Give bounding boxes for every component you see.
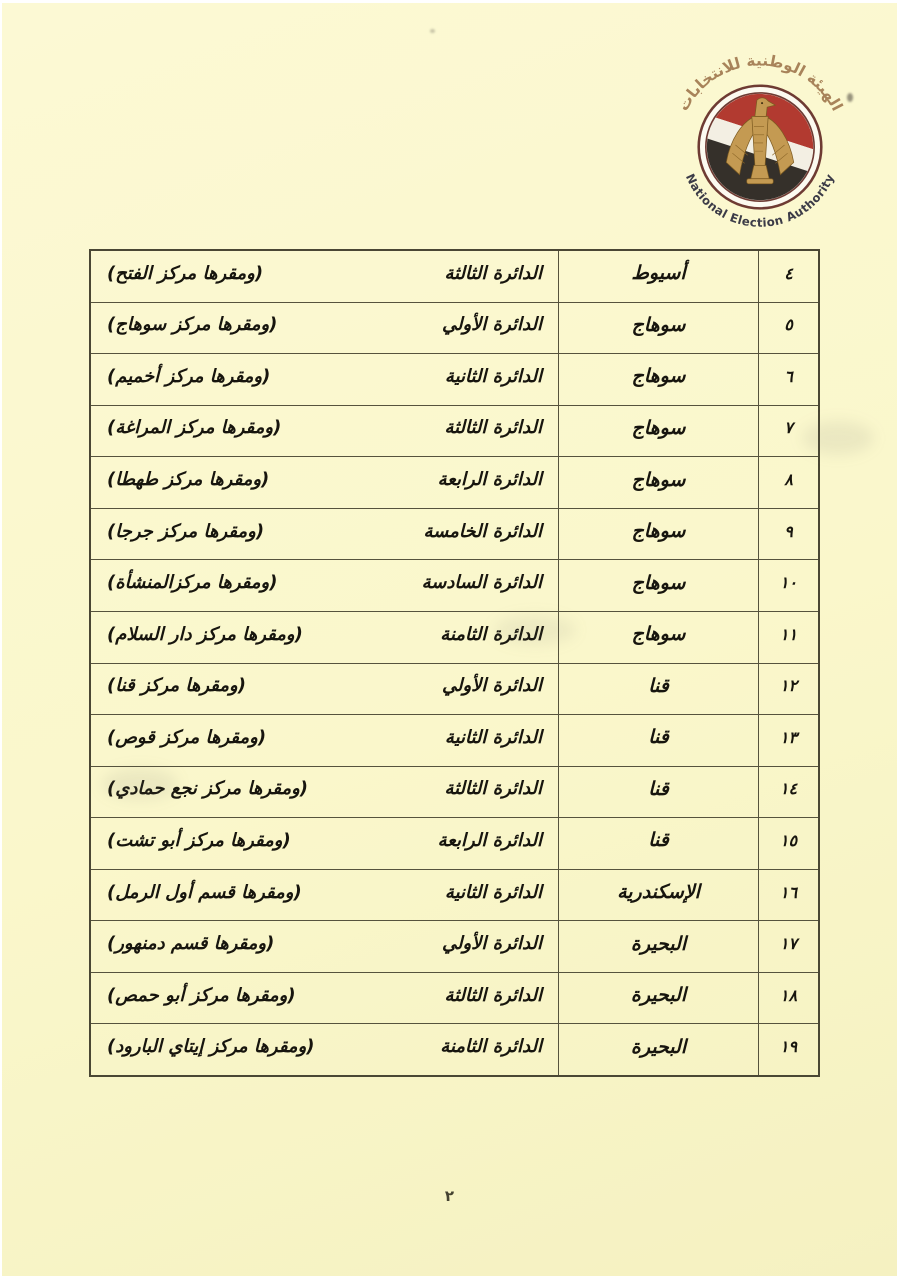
row-number: ١٨ xyxy=(780,986,797,1005)
governorate-cell: سوهاج xyxy=(558,560,758,611)
district-hq: (ومقرها مركز قوص) xyxy=(107,727,266,748)
row-number-cell: ٧ xyxy=(758,406,818,457)
district-cell: الدائرة الأولي (ومقرها قسم دمنهور) xyxy=(91,921,558,972)
governorate-name: قنا xyxy=(648,778,669,800)
row-number-cell: ١٤ xyxy=(758,767,818,818)
district-hq: (ومقرها قسم أول الرمل) xyxy=(107,882,302,903)
district-cell: الدائرة الثانية (ومقرها مركز قوص) xyxy=(91,715,558,766)
governorate-name: سوهاج xyxy=(632,417,686,439)
row-number: ٨ xyxy=(784,470,793,489)
district-cell: الدائرة الثالثة (ومقرها مركز نجع حمادي) xyxy=(91,767,558,818)
district-cell: الدائرة الثانية (ومقرها قسم أول الرمل) xyxy=(91,870,558,921)
district-circle-name: الدائرة الأولي xyxy=(442,933,542,954)
district-hq: (ومقرها مركز المراغة) xyxy=(107,417,281,438)
table-row: ١٨ البحيرة الدائرة الثالثة (ومقرها مركز … xyxy=(91,973,818,1025)
row-number: ١٧ xyxy=(780,934,797,953)
table-row: ١٧ البحيرة الدائرة الأولي (ومقرها قسم دم… xyxy=(91,921,818,973)
district-circle-name: الدائرة الثالثة xyxy=(444,263,542,284)
district-circle-name: الدائرة الثالثة xyxy=(444,778,542,799)
table-row: ١٤ قنا الدائرة الثالثة (ومقرها مركز نجع … xyxy=(91,767,818,819)
governorate-name: قنا xyxy=(648,726,669,748)
governorate-name: البحيرة xyxy=(631,1036,686,1058)
governorate-cell: البحيرة xyxy=(558,921,758,972)
district-hq: (ومقرها مركز سوهاج) xyxy=(107,314,277,335)
table-row: ٩ سوهاج الدائرة الخامسة (ومقرها مركز جرج… xyxy=(91,509,818,561)
governorate-name: سوهاج xyxy=(632,520,686,542)
row-number-cell: ١٦ xyxy=(758,870,818,921)
governorate-cell: سوهاج xyxy=(558,509,758,560)
governorate-name: سوهاج xyxy=(632,365,686,387)
row-number-cell: ١٨ xyxy=(758,973,818,1024)
row-number: ١٩ xyxy=(780,1037,797,1056)
row-number: ١٦ xyxy=(780,883,797,902)
governorate-cell: سوهاج xyxy=(558,406,758,457)
district-hq: (ومقرها مركز أبو حمص) xyxy=(107,985,296,1006)
districts-table: ٤ أسيوط الدائرة الثالثة (ومقرها مركز الف… xyxy=(89,249,820,1077)
district-cell: الدائرة الأولي (ومقرها مركز سوهاج) xyxy=(91,303,558,354)
district-hq: (ومقرها مركز نجع حمادي) xyxy=(107,778,308,799)
governorate-cell: البحيرة xyxy=(558,1024,758,1075)
district-circle-name: الدائرة الأولي xyxy=(442,675,542,696)
table-row: ٤ أسيوط الدائرة الثالثة (ومقرها مركز الف… xyxy=(91,251,818,303)
district-circle-name: الدائرة الثامنة xyxy=(440,624,542,645)
district-cell: الدائرة السادسة (ومقرها مركزالمنشأة) xyxy=(91,560,558,611)
district-circle-name: الدائرة الخامسة xyxy=(423,521,542,542)
row-number-cell: ٦ xyxy=(758,354,818,405)
table-row: ١٩ البحيرة الدائرة الثامنة (ومقرها مركز … xyxy=(91,1024,818,1075)
row-number: ٤ xyxy=(784,264,793,283)
district-cell: الدائرة الأولي (ومقرها مركز قنا) xyxy=(91,664,558,715)
governorate-name: سوهاج xyxy=(632,314,686,336)
district-circle-name: الدائرة الرابعة xyxy=(438,830,542,851)
row-number: ١٤ xyxy=(780,779,797,798)
district-cell: الدائرة الثالثة (ومقرها مركز أبو حمص) xyxy=(91,973,558,1024)
row-number: ١٥ xyxy=(780,831,797,850)
table-row: ١٠ سوهاج الدائرة السادسة (ومقرها مركزالم… xyxy=(91,560,818,612)
district-hq: (ومقرها مركز دار السلام) xyxy=(107,624,303,645)
table-row: ٥ سوهاج الدائرة الأولي (ومقرها مركز سوها… xyxy=(91,303,818,355)
district-hq: (ومقرها مركز طهطا) xyxy=(107,469,269,490)
district-cell: الدائرة الثالثة (ومقرها مركز المراغة) xyxy=(91,406,558,457)
governorate-cell: قنا xyxy=(558,767,758,818)
district-hq: (ومقرها مركز الفتح) xyxy=(107,263,263,284)
governorate-cell: الإسكندرية xyxy=(558,870,758,921)
row-number-cell: ١٥ xyxy=(758,818,818,869)
district-circle-name: الدائرة الثالثة xyxy=(444,417,542,438)
governorate-cell: سوهاج xyxy=(558,612,758,663)
district-hq: (ومقرها قسم دمنهور) xyxy=(107,933,274,954)
row-number: ٦ xyxy=(784,367,793,386)
row-number: ٩ xyxy=(784,522,793,541)
district-cell: الدائرة الرابعة (ومقرها مركز طهطا) xyxy=(91,457,558,508)
district-circle-name: الدائرة الثانية xyxy=(445,366,542,387)
row-number-cell: ١٠ xyxy=(758,560,818,611)
row-number: ١٠ xyxy=(780,573,797,592)
governorate-name: البحيرة xyxy=(631,984,686,1006)
district-hq: (ومقرها مركز أبو تشت) xyxy=(107,830,291,851)
district-cell: الدائرة الثانية (ومقرها مركز أخميم) xyxy=(91,354,558,405)
district-cell: الدائرة الثامنة (ومقرها مركز إيتاي البار… xyxy=(91,1024,558,1075)
district-circle-name: الدائرة الثانية xyxy=(445,882,542,903)
district-cell: الدائرة الثامنة (ومقرها مركز دار السلام) xyxy=(91,612,558,663)
governorate-name: سوهاج xyxy=(632,572,686,594)
governorate-cell: قنا xyxy=(558,664,758,715)
row-number-cell: ٥ xyxy=(758,303,818,354)
governorate-cell: سوهاج xyxy=(558,354,758,405)
district-hq: (ومقرها مركز جرجا) xyxy=(107,521,264,542)
row-number-cell: ١١ xyxy=(758,612,818,663)
district-circle-name: الدائرة الثامنة xyxy=(440,1036,542,1057)
table-row: ١١ سوهاج الدائرة الثامنة (ومقرها مركز دا… xyxy=(91,612,818,664)
row-number-cell: ١٢ xyxy=(758,664,818,715)
nea-logo: الهيئة الوطنية للانتخابات National Elect… xyxy=(666,51,854,239)
row-number: ٧ xyxy=(784,418,793,437)
district-circle-name: الدائرة الرابعة xyxy=(438,469,542,490)
row-number-cell: ١٩ xyxy=(758,1024,818,1075)
row-number: ٥ xyxy=(784,315,793,334)
table-row: ١٥ قنا الدائرة الرابعة (ومقرها مركز أبو … xyxy=(91,818,818,870)
governorate-name: سوهاج xyxy=(632,469,686,491)
district-circle-name: الدائرة الثانية xyxy=(445,727,542,748)
district-circle-name: الدائرة السادسة xyxy=(422,572,542,593)
governorate-name: قنا xyxy=(648,829,669,851)
governorate-name: قنا xyxy=(648,675,669,697)
table-row: ١٢ قنا الدائرة الأولي (ومقرها مركز قنا) xyxy=(91,664,818,716)
table-row: ٧ سوهاج الدائرة الثالثة (ومقرها مركز الم… xyxy=(91,406,818,458)
district-circle-name: الدائرة الثالثة xyxy=(444,985,542,1006)
district-hq: (ومقرها مركزالمنشأة) xyxy=(107,572,277,593)
governorate-name: أسيوط xyxy=(631,262,685,284)
row-number: ١٣ xyxy=(780,728,797,747)
governorate-cell: قنا xyxy=(558,818,758,869)
row-number-cell: ١٧ xyxy=(758,921,818,972)
table-row: ١٦ الإسكندرية الدائرة الثانية (ومقرها قس… xyxy=(91,870,818,922)
district-cell: الدائرة الثالثة (ومقرها مركز الفتح) xyxy=(91,251,558,302)
row-number-cell: ٨ xyxy=(758,457,818,508)
district-hq: (ومقرها مركز إيتاي البارود) xyxy=(107,1036,315,1057)
row-number: ١١ xyxy=(780,625,797,644)
district-circle-name: الدائرة الأولي xyxy=(442,314,542,335)
governorate-cell: أسيوط xyxy=(558,251,758,302)
row-number: ١٢ xyxy=(780,676,797,695)
governorate-cell: سوهاج xyxy=(558,303,758,354)
document-page: الهيئة الوطنية للانتخابات National Elect… xyxy=(2,3,897,1276)
table-row: ٦ سوهاج الدائرة الثانية (ومقرها مركز أخم… xyxy=(91,354,818,406)
row-number-cell: ٩ xyxy=(758,509,818,560)
district-hq: (ومقرها مركز قنا) xyxy=(107,675,246,696)
row-number-cell: ٤ xyxy=(758,251,818,302)
table-row: ٨ سوهاج الدائرة الرابعة (ومقرها مركز طهط… xyxy=(91,457,818,509)
table-row: ١٣ قنا الدائرة الثانية (ومقرها مركز قوص) xyxy=(91,715,818,767)
row-number-cell: ١٣ xyxy=(758,715,818,766)
governorate-cell: سوهاج xyxy=(558,457,758,508)
scan-speck xyxy=(430,29,435,33)
governorate-name: سوهاج xyxy=(632,623,686,645)
governorate-name: الإسكندرية xyxy=(617,881,700,903)
governorate-cell: قنا xyxy=(558,715,758,766)
page-number: ٢ xyxy=(2,1187,897,1205)
district-hq: (ومقرها مركز أخميم) xyxy=(107,366,270,387)
district-cell: الدائرة الرابعة (ومقرها مركز أبو تشت) xyxy=(91,818,558,869)
governorate-cell: البحيرة xyxy=(558,973,758,1024)
governorate-name: البحيرة xyxy=(631,933,686,955)
district-cell: الدائرة الخامسة (ومقرها مركز جرجا) xyxy=(91,509,558,560)
